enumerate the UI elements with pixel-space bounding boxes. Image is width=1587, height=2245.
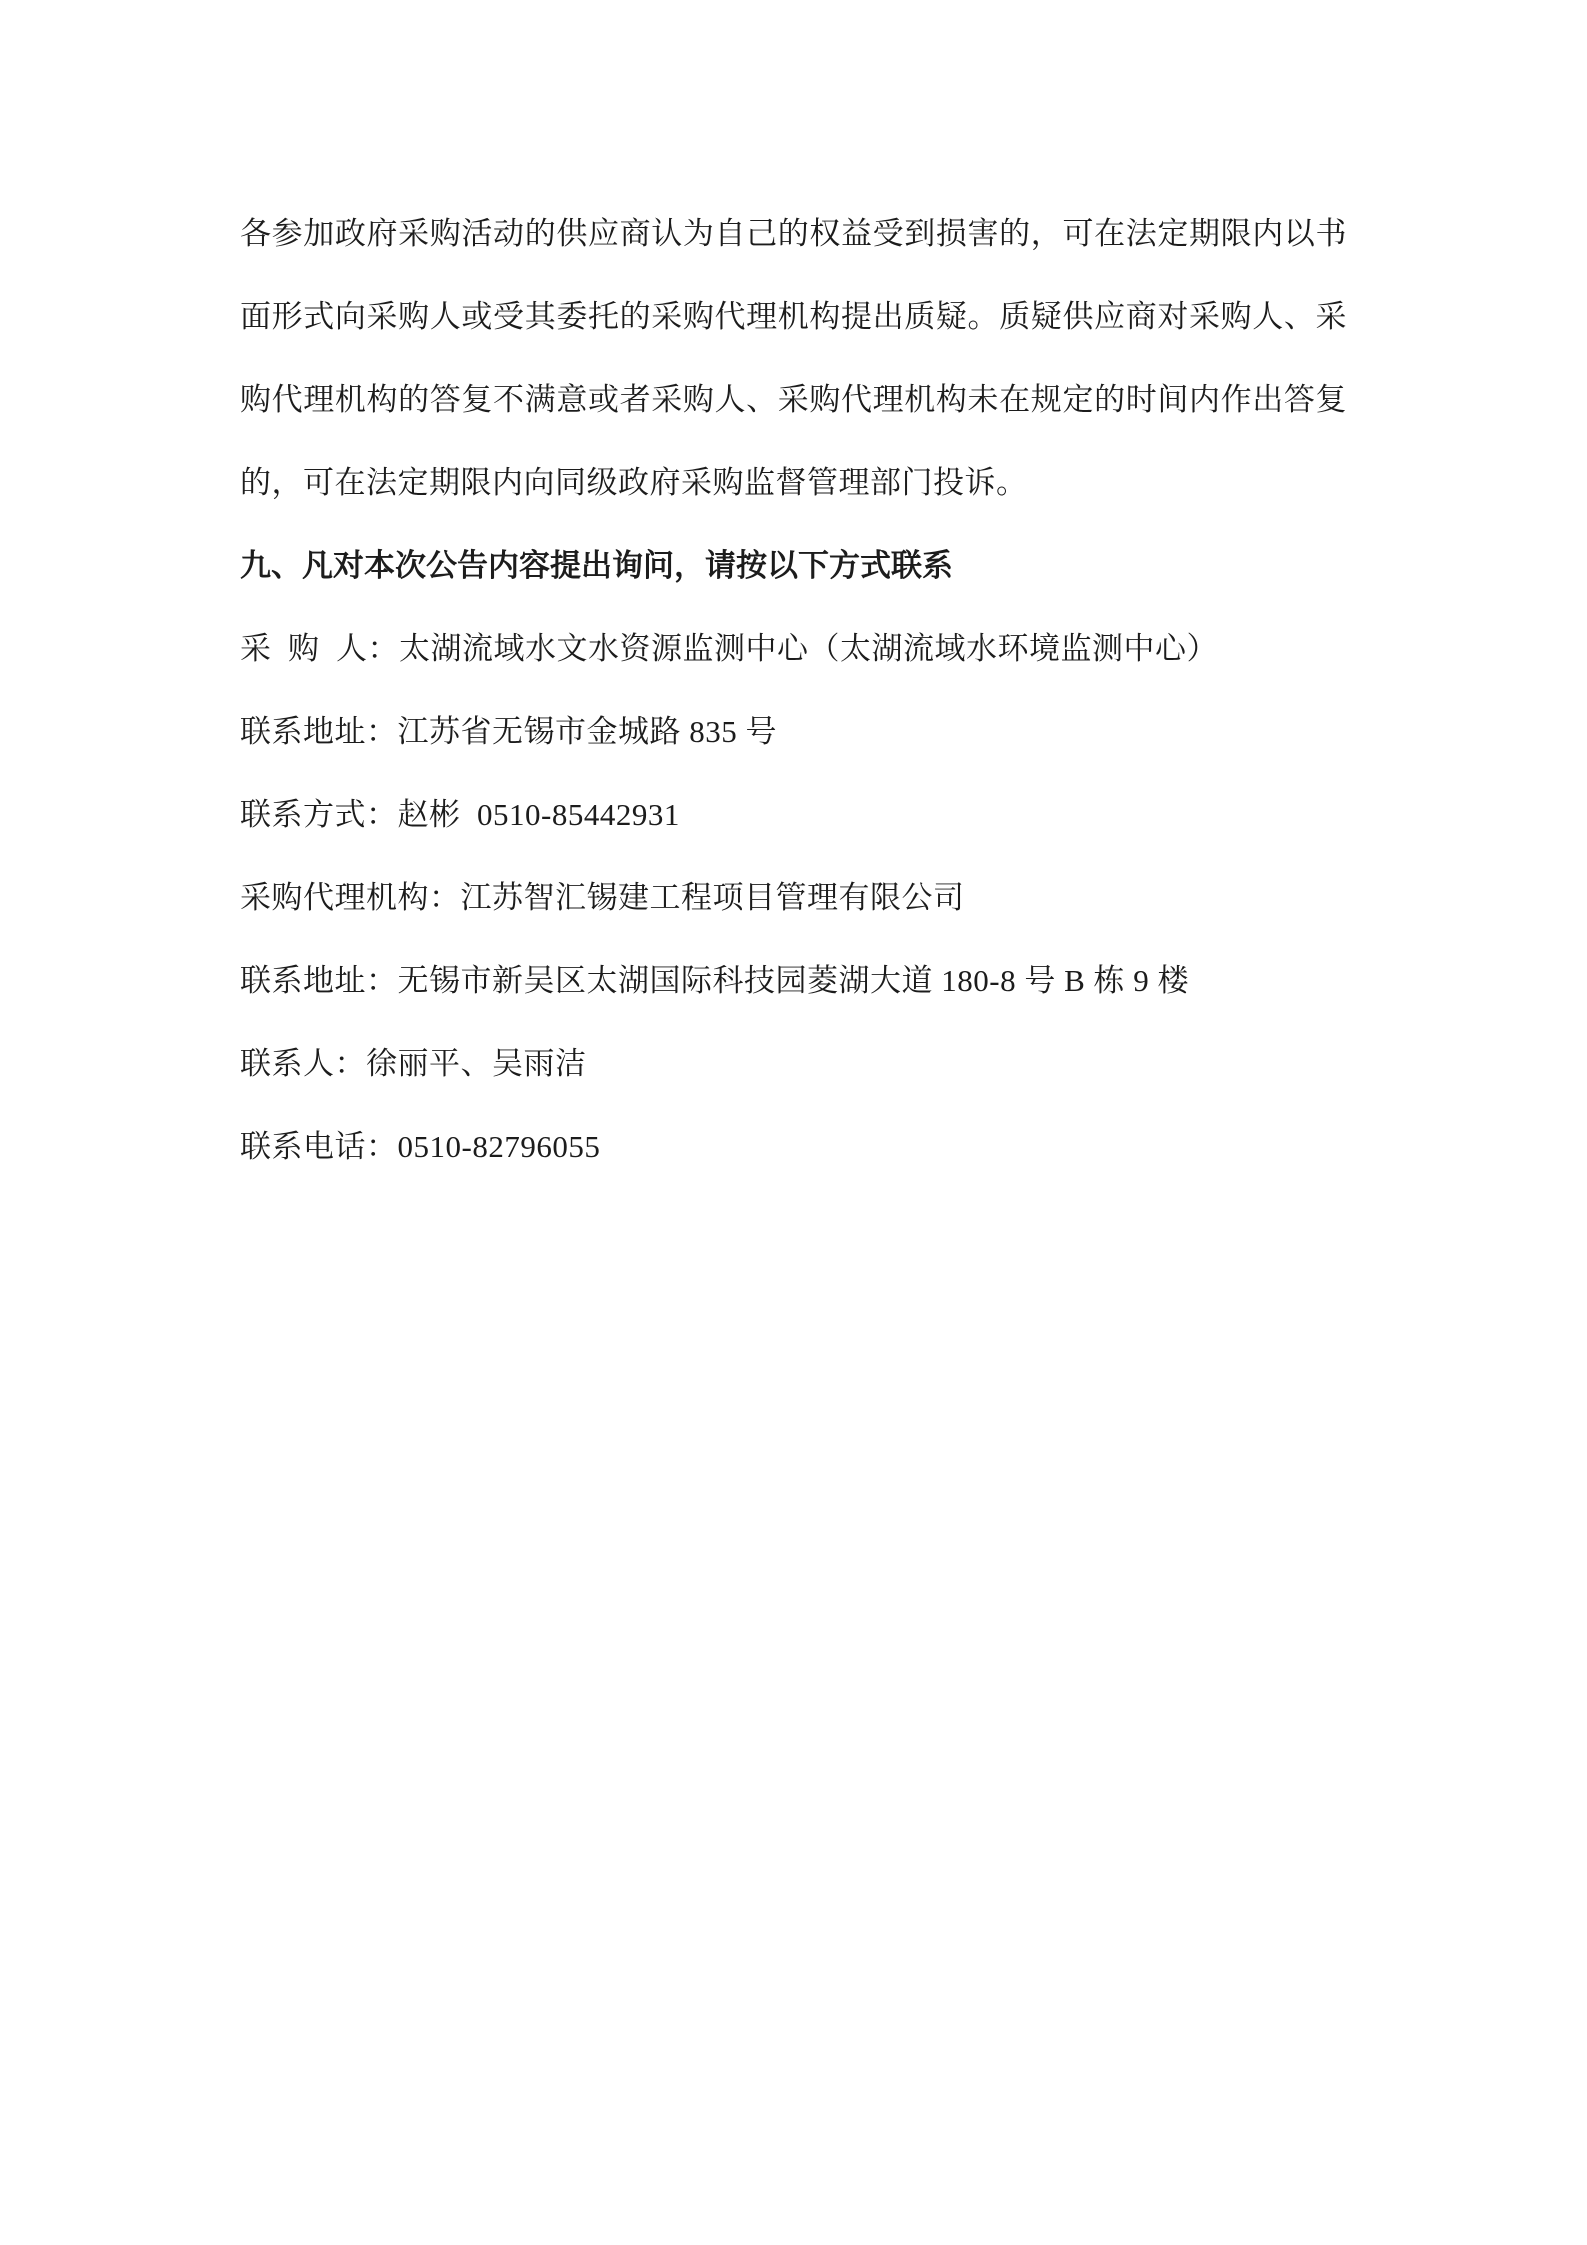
document-content: 各参加政府采购活动的供应商认为自己的权益受到损害的，可在法定期限内以书面形式向采… <box>240 192 1347 1188</box>
agency-address-line: 联系地址：无锡市新吴区太湖国际科技园菱湖大道 180-8 号 B 栋 9 楼 <box>240 939 1347 1022</box>
complaint-procedure-paragraph: 各参加政府采购活动的供应商认为自己的权益受到损害的，可在法定期限内以书面形式向采… <box>240 192 1347 524</box>
purchaser-contact-line: 联系方式：赵彬 0510-85442931 <box>240 773 1347 856</box>
purchaser-address-line: 联系地址：江苏省无锡市金城路 835 号 <box>240 690 1347 773</box>
agency-contact-person-line: 联系人：徐丽平、吴雨洁 <box>240 1022 1347 1105</box>
document-page: 各参加政府采购活动的供应商认为自己的权益受到损害的，可在法定期限内以书面形式向采… <box>0 0 1587 2245</box>
agency-line: 采购代理机构：江苏智汇锡建工程项目管理有限公司 <box>240 856 1347 939</box>
agency-phone-line: 联系电话：0510-82796055 <box>240 1105 1347 1188</box>
purchaser-line: 采 购 人：太湖流域水文水资源监测中心（太湖流域水环境监测中心） <box>240 607 1347 690</box>
section-heading-contact-info: 九、凡对本次公告内容提出询问，请按以下方式联系 <box>240 524 1347 607</box>
